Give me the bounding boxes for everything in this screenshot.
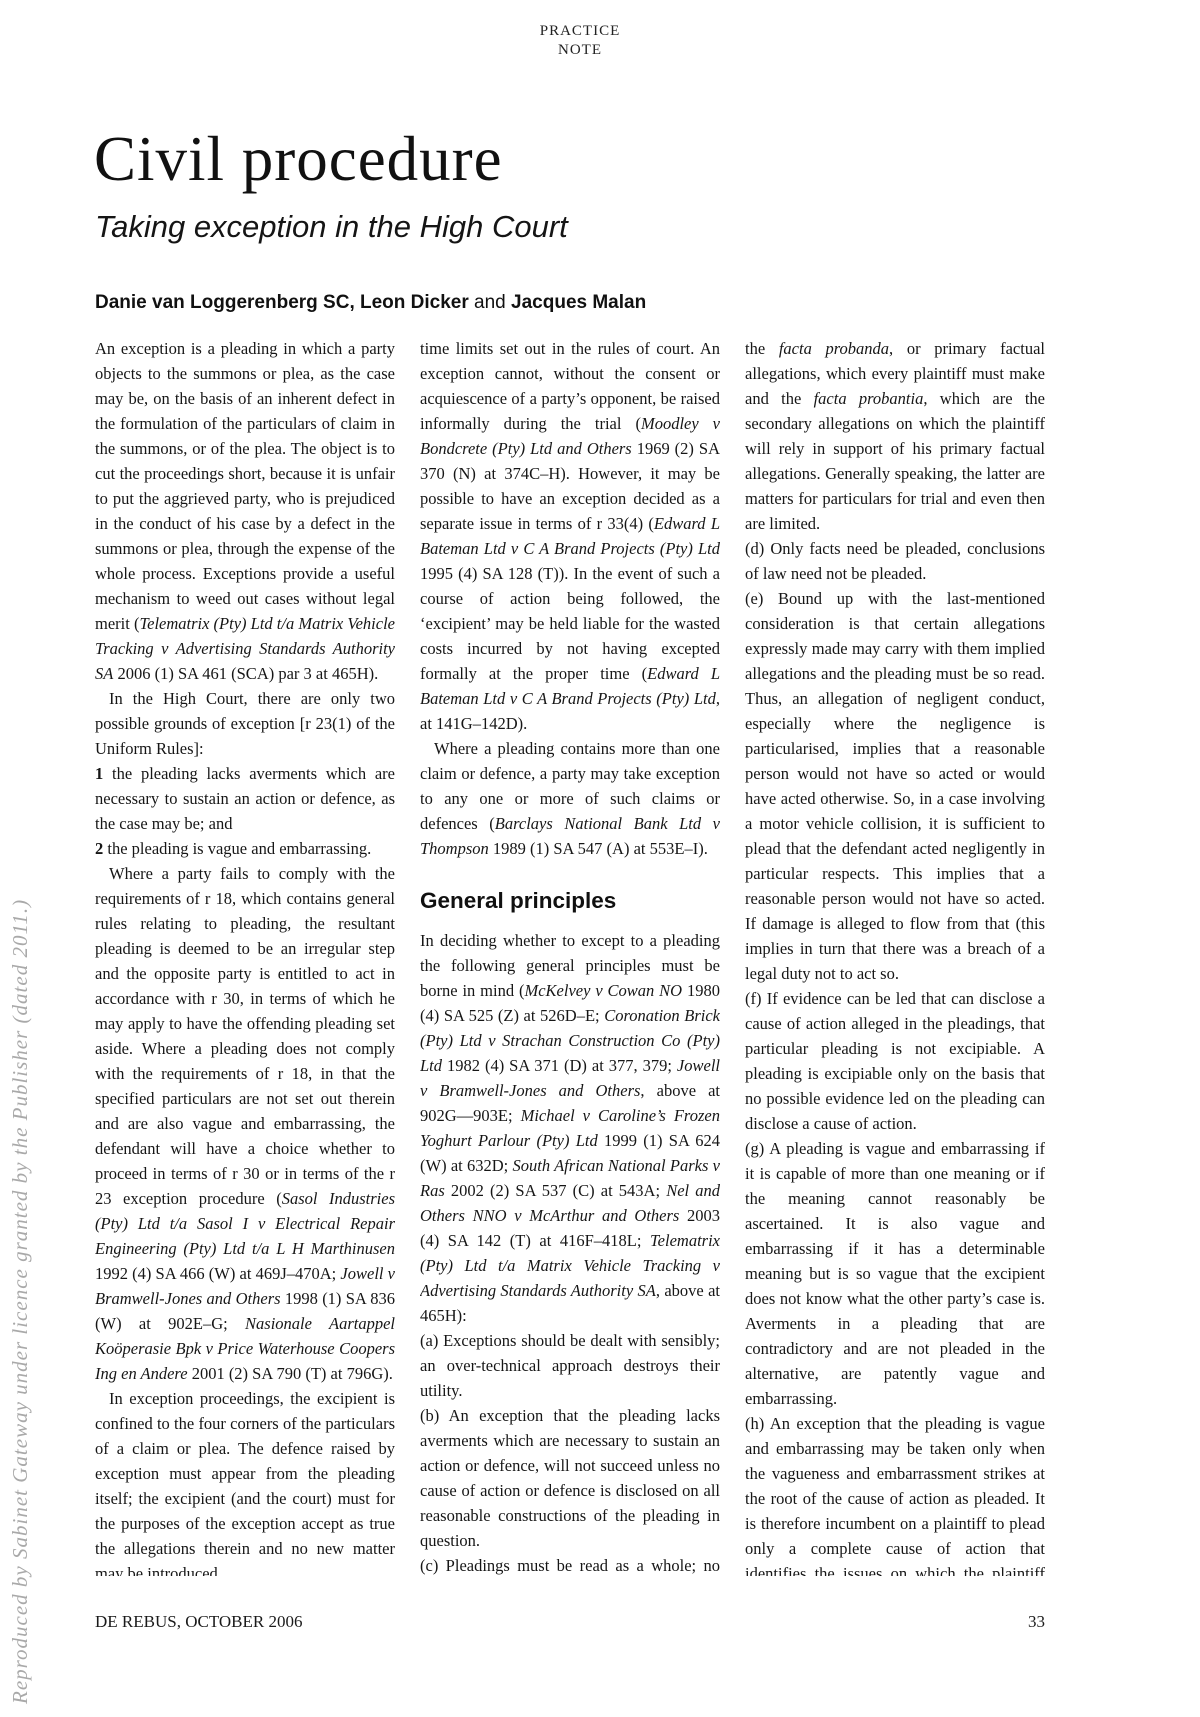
body-paragraph: In deciding whether to except to a plead… xyxy=(420,928,720,1328)
practice-note-kicker: PRACTICE NOTE xyxy=(0,22,1160,60)
body-paragraph: Where a pleading contains more than one … xyxy=(420,736,720,861)
list-item-1: 1 the pleading lacks averments which are… xyxy=(95,761,395,836)
authors-line: Danie van Loggerenberg SC, Leon Dicker a… xyxy=(95,292,646,314)
principle-c: (c) Pleadings must be read as a whole; n… xyxy=(420,1553,720,1576)
principle-h: (h) An exception that the pleading is va… xyxy=(745,1411,1045,1576)
sabinet-watermark: Reproduced by Sabinet Gateway under lice… xyxy=(8,684,33,1704)
article-subtitle: Taking exception in the High Court xyxy=(95,209,568,245)
principle-f: (f) If evidence can be led that can disc… xyxy=(745,986,1045,1136)
principle-b: (b) An exception that the pleading lacks… xyxy=(420,1403,720,1553)
intro-paragraph: An exception is a pleading in which a pa… xyxy=(95,336,395,686)
general-principles-heading: General principles xyxy=(420,888,720,913)
body-paragraph: In exception proceedings, the excipient … xyxy=(95,1386,395,1576)
kicker-line-1: PRACTICE xyxy=(0,22,1160,41)
body-paragraph: time limits set out in the rules of cour… xyxy=(420,336,720,736)
page-number: 33 xyxy=(1028,1612,1045,1632)
page-footer: 33 DE REBUS, OCTOBER 2006 xyxy=(95,1612,1045,1632)
article-title: Civil procedure xyxy=(94,128,503,191)
body-paragraph: In the High Court, there are only two po… xyxy=(95,686,395,761)
body-paragraph: the facta probanda, or primary factual a… xyxy=(745,336,1045,536)
body-column-1: An exception is a pleading in which a pa… xyxy=(95,336,395,1576)
article-body: An exception is a pleading in which a pa… xyxy=(95,336,1045,1576)
principle-g: (g) A pleading is vague and embarrassing… xyxy=(745,1136,1045,1411)
kicker-line-2: NOTE xyxy=(0,41,1160,60)
body-column-3: the facta probanda, or primary factual a… xyxy=(745,336,1045,1576)
journal-page: Reproduced by Sabinet Gateway under lice… xyxy=(0,0,1200,1717)
principle-e2: (e) Bound up with the last-mentioned con… xyxy=(745,586,1045,986)
journal-issue-label: DE REBUS, OCTOBER 2006 xyxy=(95,1612,303,1631)
body-column-2: time limits set out in the rules of cour… xyxy=(420,336,720,1576)
principle-a: (a) Exceptions should be dealt with sens… xyxy=(420,1328,720,1403)
list-item-2: 2 the pleading is vague and embarrassing… xyxy=(95,836,395,861)
principle-d2: (d) Only facts need be pleaded, conclusi… xyxy=(745,536,1045,586)
body-paragraph: Where a party fails to comply with the r… xyxy=(95,861,395,1386)
